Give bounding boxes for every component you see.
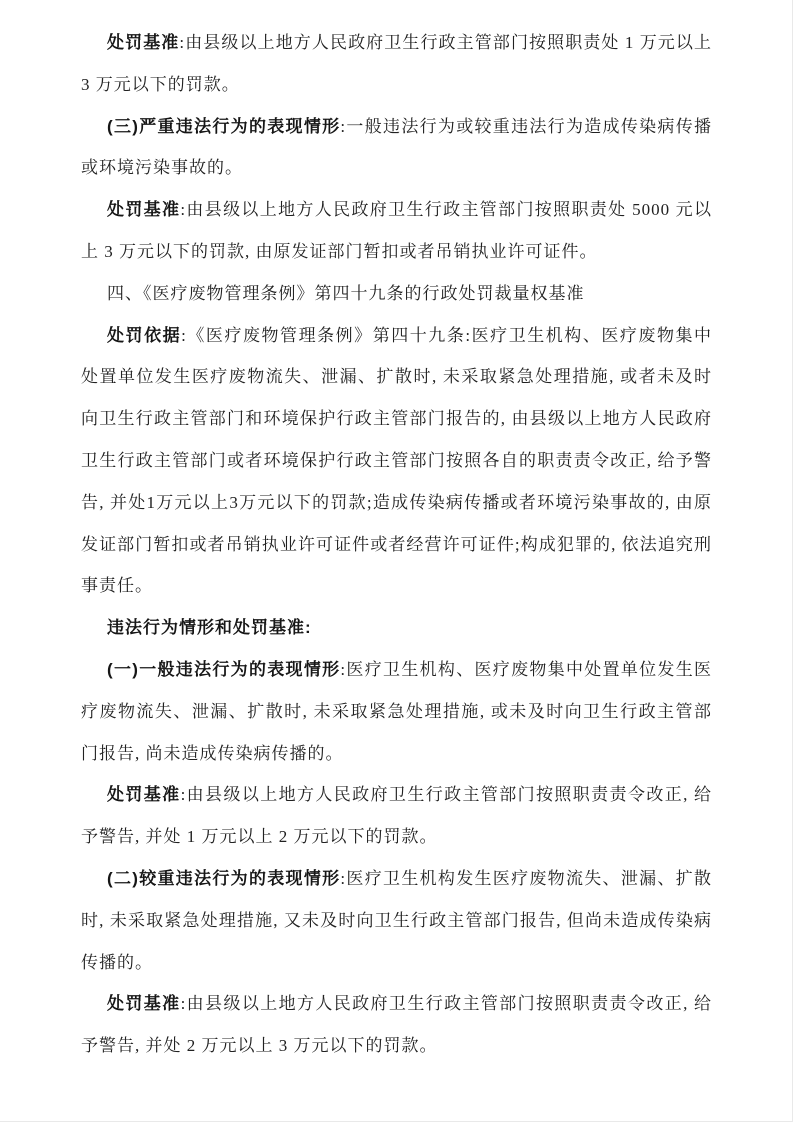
paragraph: 处罚基准:由县级以上地方人民政府卫生行政主管部门按照职责责令改正, 给予警告, …: [81, 983, 712, 1067]
paragraph-text: :《医疗废物管理条例》第四十九条:医疗卫生机构、医疗废物集中处置单位发生医疗废物…: [81, 326, 712, 596]
paragraph: 处罚基准:由县级以上地方人民政府卫生行政主管部门按照职责处 1 万元以上 3 万…: [81, 22, 712, 106]
paragraph-lead: (一)一般违法行为的表现情形: [107, 660, 340, 679]
paragraph-lead: 处罚基准: [107, 994, 181, 1013]
paragraph-text: 四、《医疗废物管理条例》第四十九条的行政处罚裁量权基准: [107, 284, 585, 303]
paragraph-lead: 处罚基准: [107, 33, 179, 52]
paragraph: 四、《医疗废物管理条例》第四十九条的行政处罚裁量权基准: [81, 273, 712, 315]
paragraph-lead: (三)严重违法行为的表现情形: [107, 117, 340, 136]
paragraph-lead: 违法行为情形和处罚基准:: [107, 618, 312, 637]
paragraph-lead: 处罚基准: [107, 200, 180, 219]
paragraph-lead: 处罚基准: [107, 785, 181, 804]
paragraph: 处罚基准:由县级以上地方人民政府卫生行政主管部门按照职责处 5000 元以上 3…: [81, 189, 712, 273]
paragraph: 违法行为情形和处罚基准:: [81, 607, 712, 649]
paragraph: 处罚依据:《医疗废物管理条例》第四十九条:医疗卫生机构、医疗废物集中处置单位发生…: [81, 315, 712, 608]
document-body: 处罚基准:由县级以上地方人民政府卫生行政主管部门按照职责处 1 万元以上 3 万…: [81, 22, 712, 1067]
paragraph: (一)一般违法行为的表现情形:医疗卫生机构、医疗废物集中处置单位发生医疗废物流失…: [81, 649, 712, 774]
paragraph-lead: (二)较重违法行为的表现情形: [107, 869, 340, 888]
paragraph: (二)较重违法行为的表现情形:医疗卫生机构发生医疗废物流失、泄漏、扩散时, 未采…: [81, 858, 712, 983]
paragraph-lead: 处罚依据: [107, 326, 181, 345]
paragraph: 处罚基准:由县级以上地方人民政府卫生行政主管部门按照职责责令改正, 给予警告, …: [81, 774, 712, 858]
paragraph: (三)严重违法行为的表现情形:一般违法行为或较重违法行为造成传染病传播或环境污染…: [81, 106, 712, 190]
document-page: 处罚基准:由县级以上地方人民政府卫生行政主管部门按照职责处 1 万元以上 3 万…: [0, 0, 793, 1122]
